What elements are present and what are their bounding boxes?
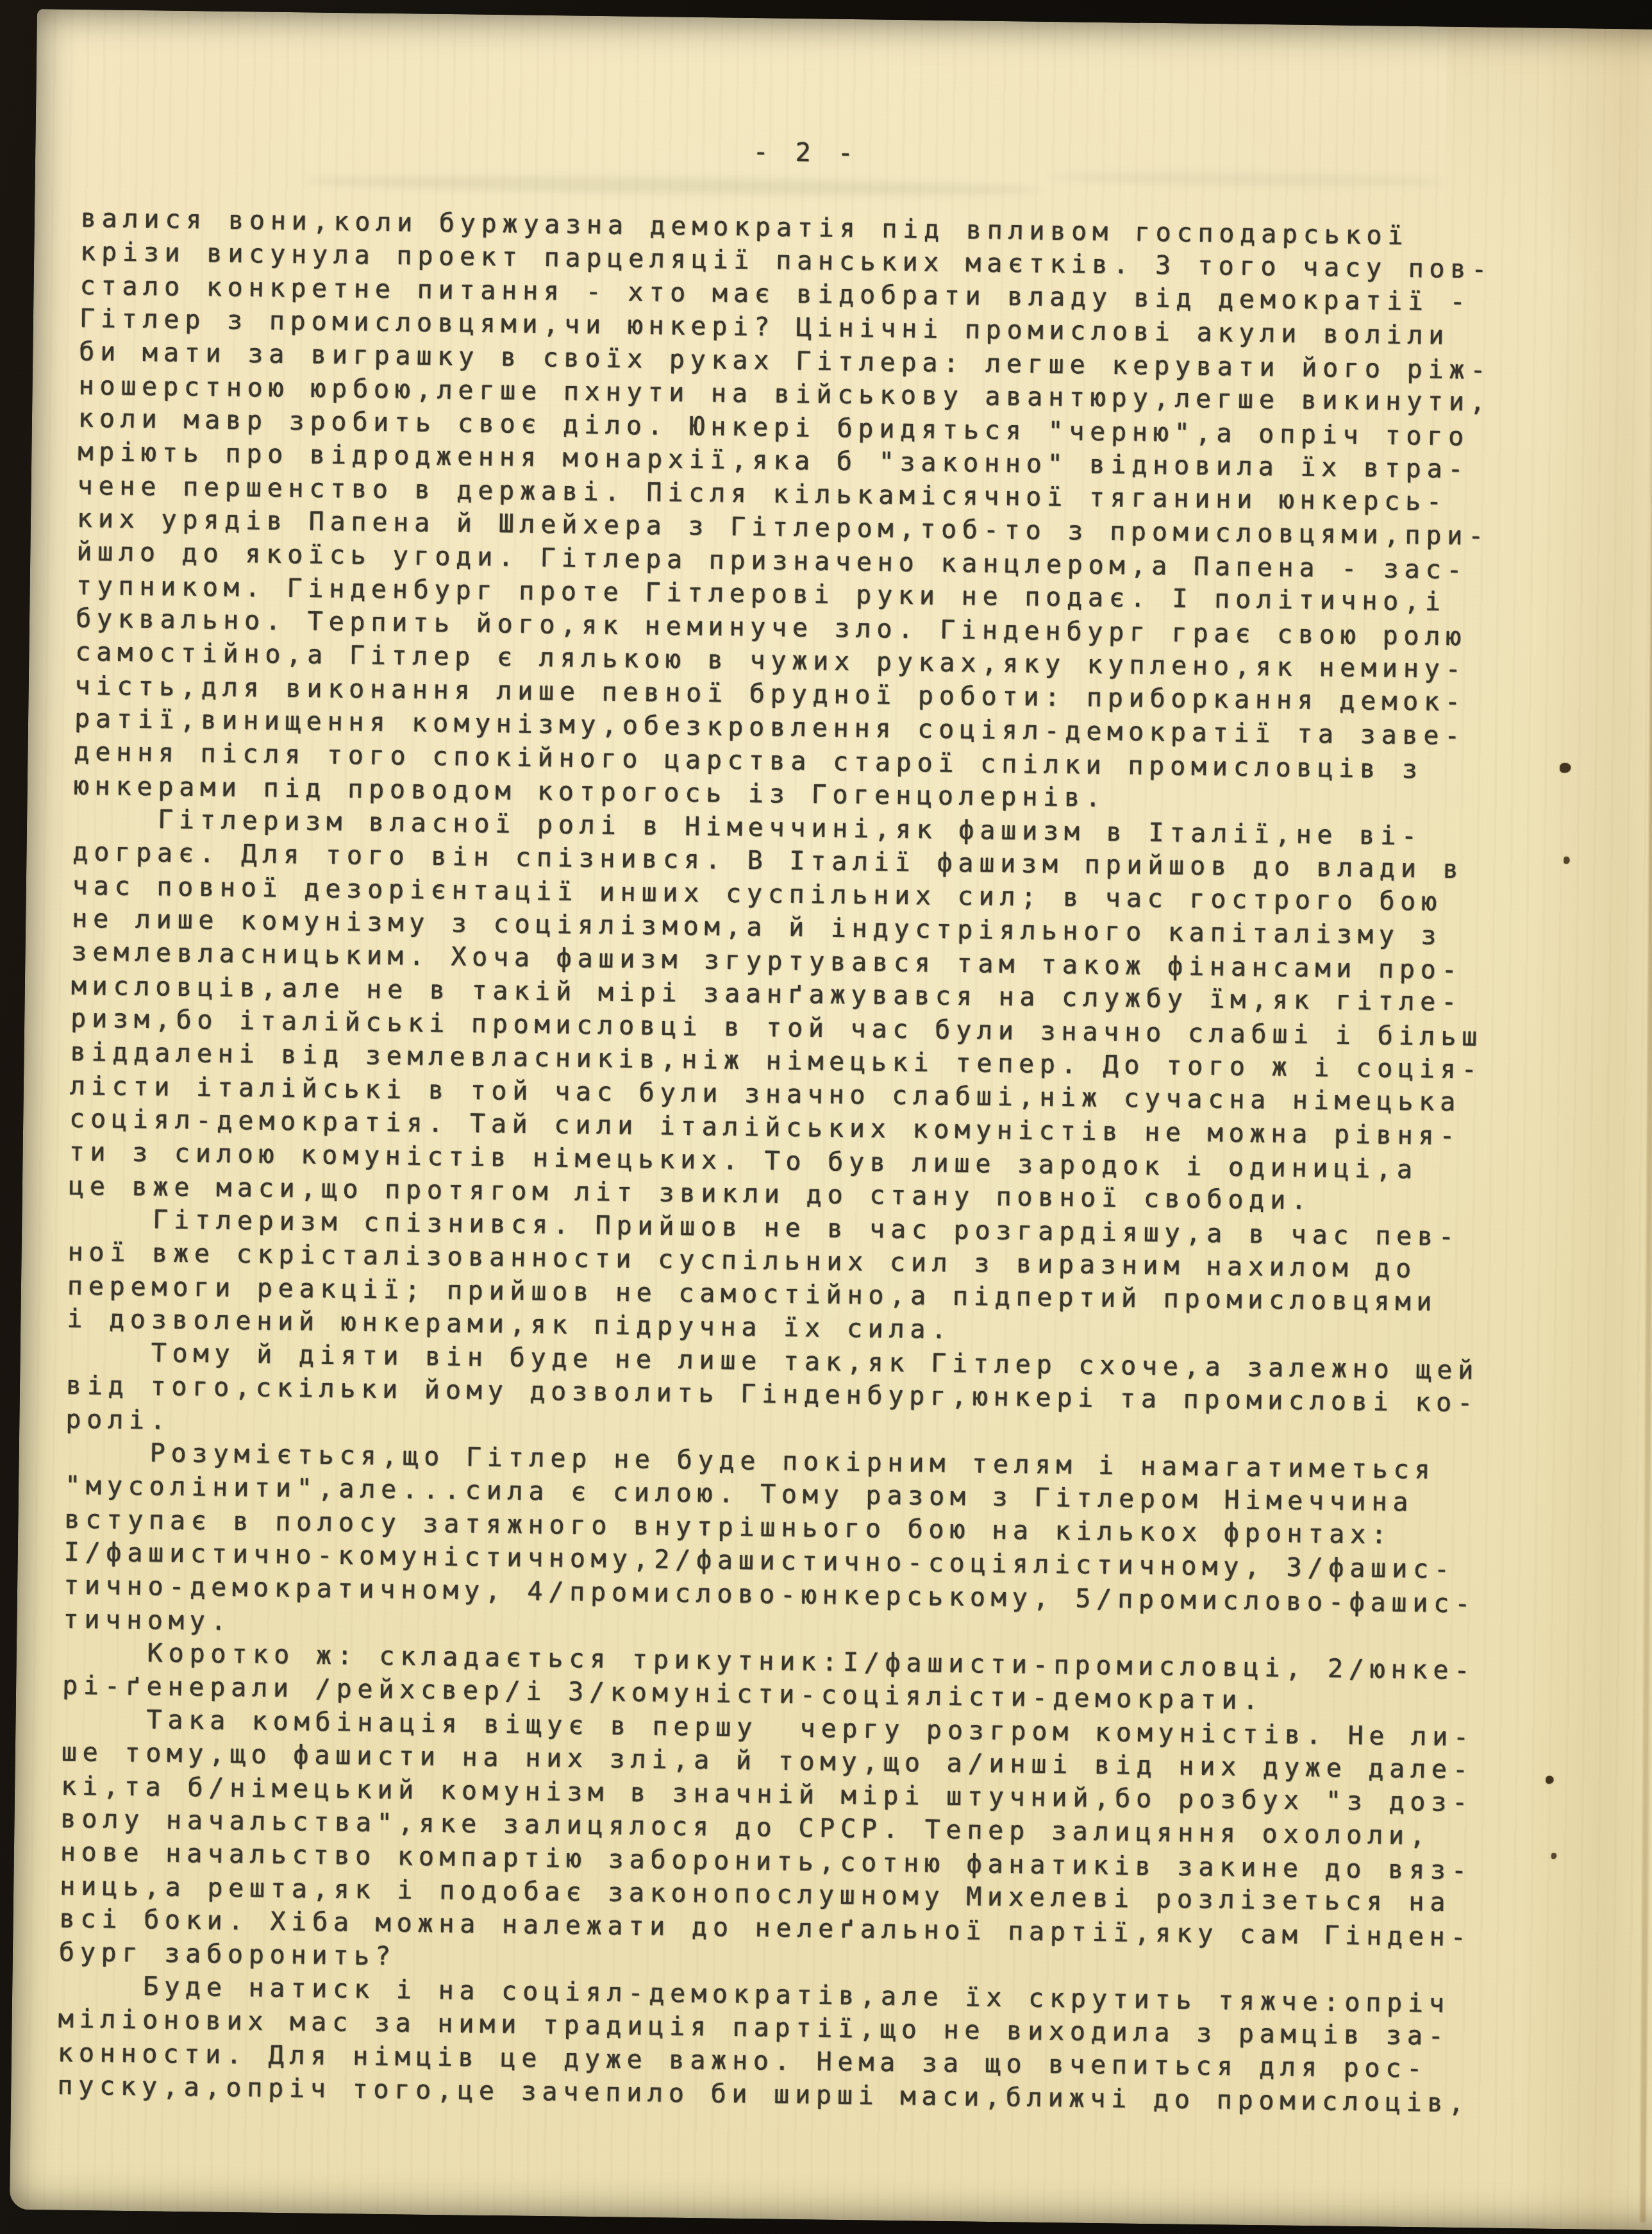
paragraph: Розуміється,що Гітлер не буде покірним т… [63, 1436, 1519, 1654]
paragraph: Гітлеризм власної ролі в Німеччині,як фа… [69, 802, 1528, 1220]
paragraph: Така комбінація віщує в першу чергу розг… [59, 1702, 1516, 1987]
page-crease [1640, 49, 1652, 2222]
page-edge-shading [1516, 28, 1652, 2231]
ink-speck [1560, 763, 1571, 773]
scanned-page: - 2 - валися вони,коли буржуазна демокра… [10, 9, 1652, 2231]
paragraph: Буде натиск і на соціял-демократів,але ї… [57, 1969, 1512, 2121]
ink-speck [1546, 1776, 1553, 1784]
page-number: - 2 - [81, 129, 1530, 176]
ink-smudge [304, 172, 1041, 198]
paragraph: Гітлеризм спізнився. Прийшов не в час ро… [67, 1202, 1522, 1354]
ink-speck [1564, 857, 1569, 864]
paragraph: Тому й діяти він буде не лише так,як Гіт… [65, 1336, 1521, 1454]
text-block: валися вони,коли буржуазна демократія пі… [57, 202, 1535, 2121]
paragraph: валися вони,коли буржуазна демократія пі… [73, 202, 1535, 820]
ink-speck [1551, 1853, 1556, 1859]
